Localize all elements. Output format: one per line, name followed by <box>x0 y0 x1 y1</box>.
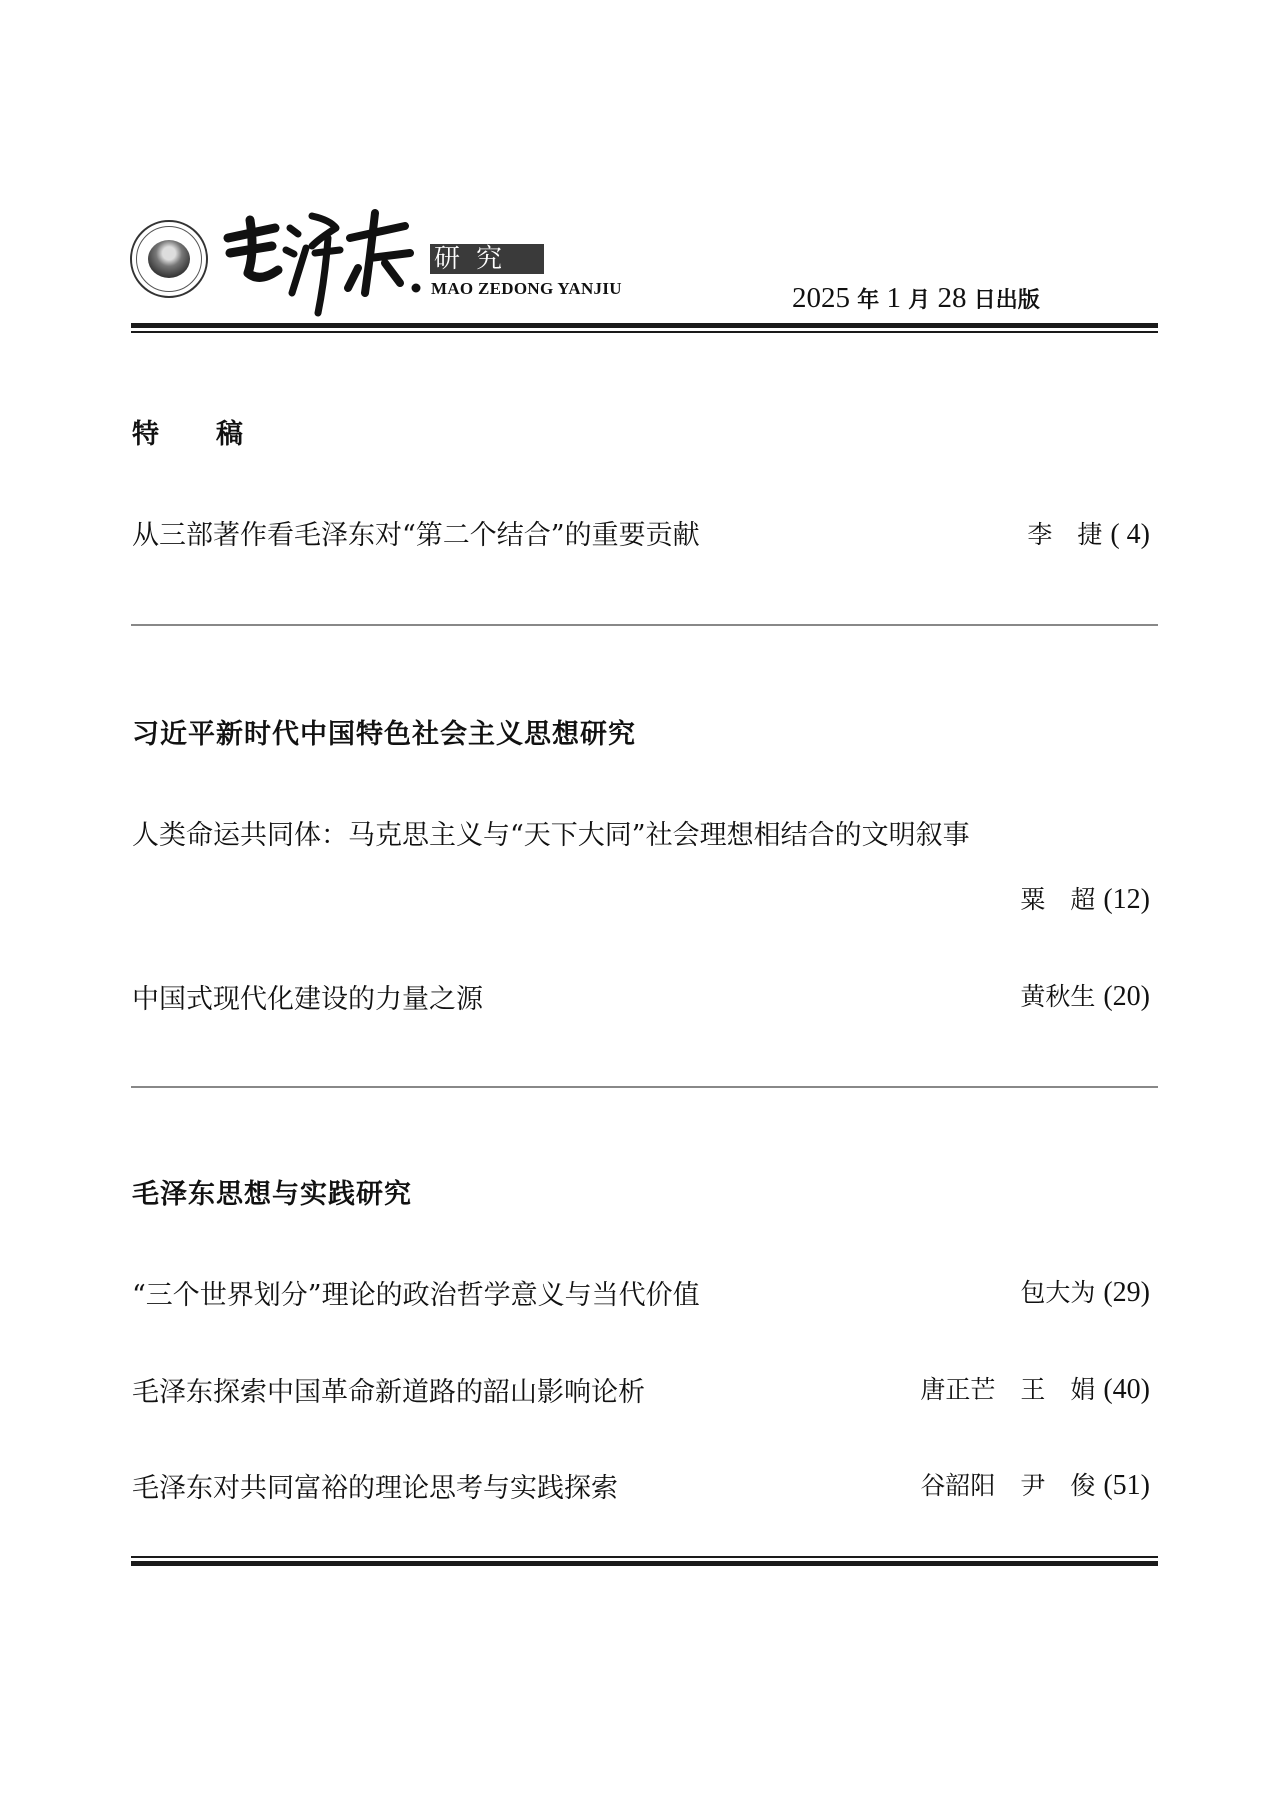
section-title: 特 稿 <box>132 412 244 451</box>
article-authors: 粟 超 <box>1020 885 1095 914</box>
article-authors: 李 捷 <box>1027 520 1102 549</box>
article-page[interactable]: (12) <box>1103 884 1150 915</box>
pub-year: 2025 <box>792 282 850 314</box>
pub-day: 28 <box>938 282 967 314</box>
article-byline: 粟 超 (12) <box>1020 880 1150 916</box>
pub-year-unit: 年 <box>857 287 879 313</box>
article-title[interactable]: 人类命运共同体：马克思主义与“天下大同”社会理想相结合的文明叙事 <box>132 813 970 852</box>
article-byline: 包大为 (29) <box>1020 1273 1150 1309</box>
section-divider <box>131 1086 1158 1088</box>
article-authors: 谷韶阳 尹 俊 <box>920 1471 1095 1500</box>
article-byline: 黄秋生 (20) <box>1020 977 1150 1013</box>
article-page[interactable]: (40) <box>1103 1374 1150 1405</box>
pub-day-unit: 日出版 <box>974 287 1040 313</box>
article-authors: 包大为 <box>1020 1278 1095 1307</box>
calligraphy-title-logo <box>220 198 430 318</box>
article-title[interactable]: 毛泽东探索中国革命新道路的韶山影响论析 <box>132 1370 645 1409</box>
article-title[interactable]: 毛泽东对共同富裕的理论思考与实践探索 <box>132 1466 618 1505</box>
footer-rule-thick <box>131 1561 1158 1566</box>
section-divider <box>131 624 1158 626</box>
pub-month-unit: 月 <box>908 287 930 313</box>
article-byline: 唐正芒 王 娟 (40) <box>920 1370 1150 1406</box>
header-rule-thin <box>131 331 1158 333</box>
header-rule-thick <box>131 323 1158 328</box>
article-authors: 黄秋生 <box>1020 982 1095 1011</box>
journal-title-suffix: 研究 <box>430 244 544 274</box>
article-title[interactable]: “三个世界划分”理论的政治哲学意义与当代价值 <box>132 1273 700 1312</box>
journal-title-english: MAO ZEDONG YANJIU <box>431 279 622 299</box>
section-title: 习近平新时代中国特色社会主义思想研究 <box>132 712 636 751</box>
footer-rule-thin <box>131 1556 1158 1558</box>
article-page[interactable]: ( 4) <box>1110 519 1150 550</box>
publication-date: 2025 年 1 月 28 日出版 <box>792 282 1040 315</box>
article-page[interactable]: (20) <box>1103 981 1150 1012</box>
seal-emblem-icon <box>148 240 190 278</box>
article-authors: 唐正芒 王 娟 <box>920 1375 1095 1404</box>
journal-seal-logo <box>130 220 208 298</box>
article-byline: 谷韶阳 尹 俊 (51) <box>920 1466 1150 1502</box>
article-byline: 李 捷 ( 4) <box>1027 515 1150 551</box>
pub-month: 1 <box>887 282 902 314</box>
article-title[interactable]: 从三部著作看毛泽东对“第二个结合”的重要贡献 <box>132 513 700 552</box>
article-title[interactable]: 中国式现代化建设的力量之源 <box>132 977 483 1016</box>
article-page[interactable]: (51) <box>1103 1470 1150 1501</box>
article-page[interactable]: (29) <box>1103 1277 1150 1308</box>
section-title: 毛泽东思想与实践研究 <box>132 1172 412 1211</box>
